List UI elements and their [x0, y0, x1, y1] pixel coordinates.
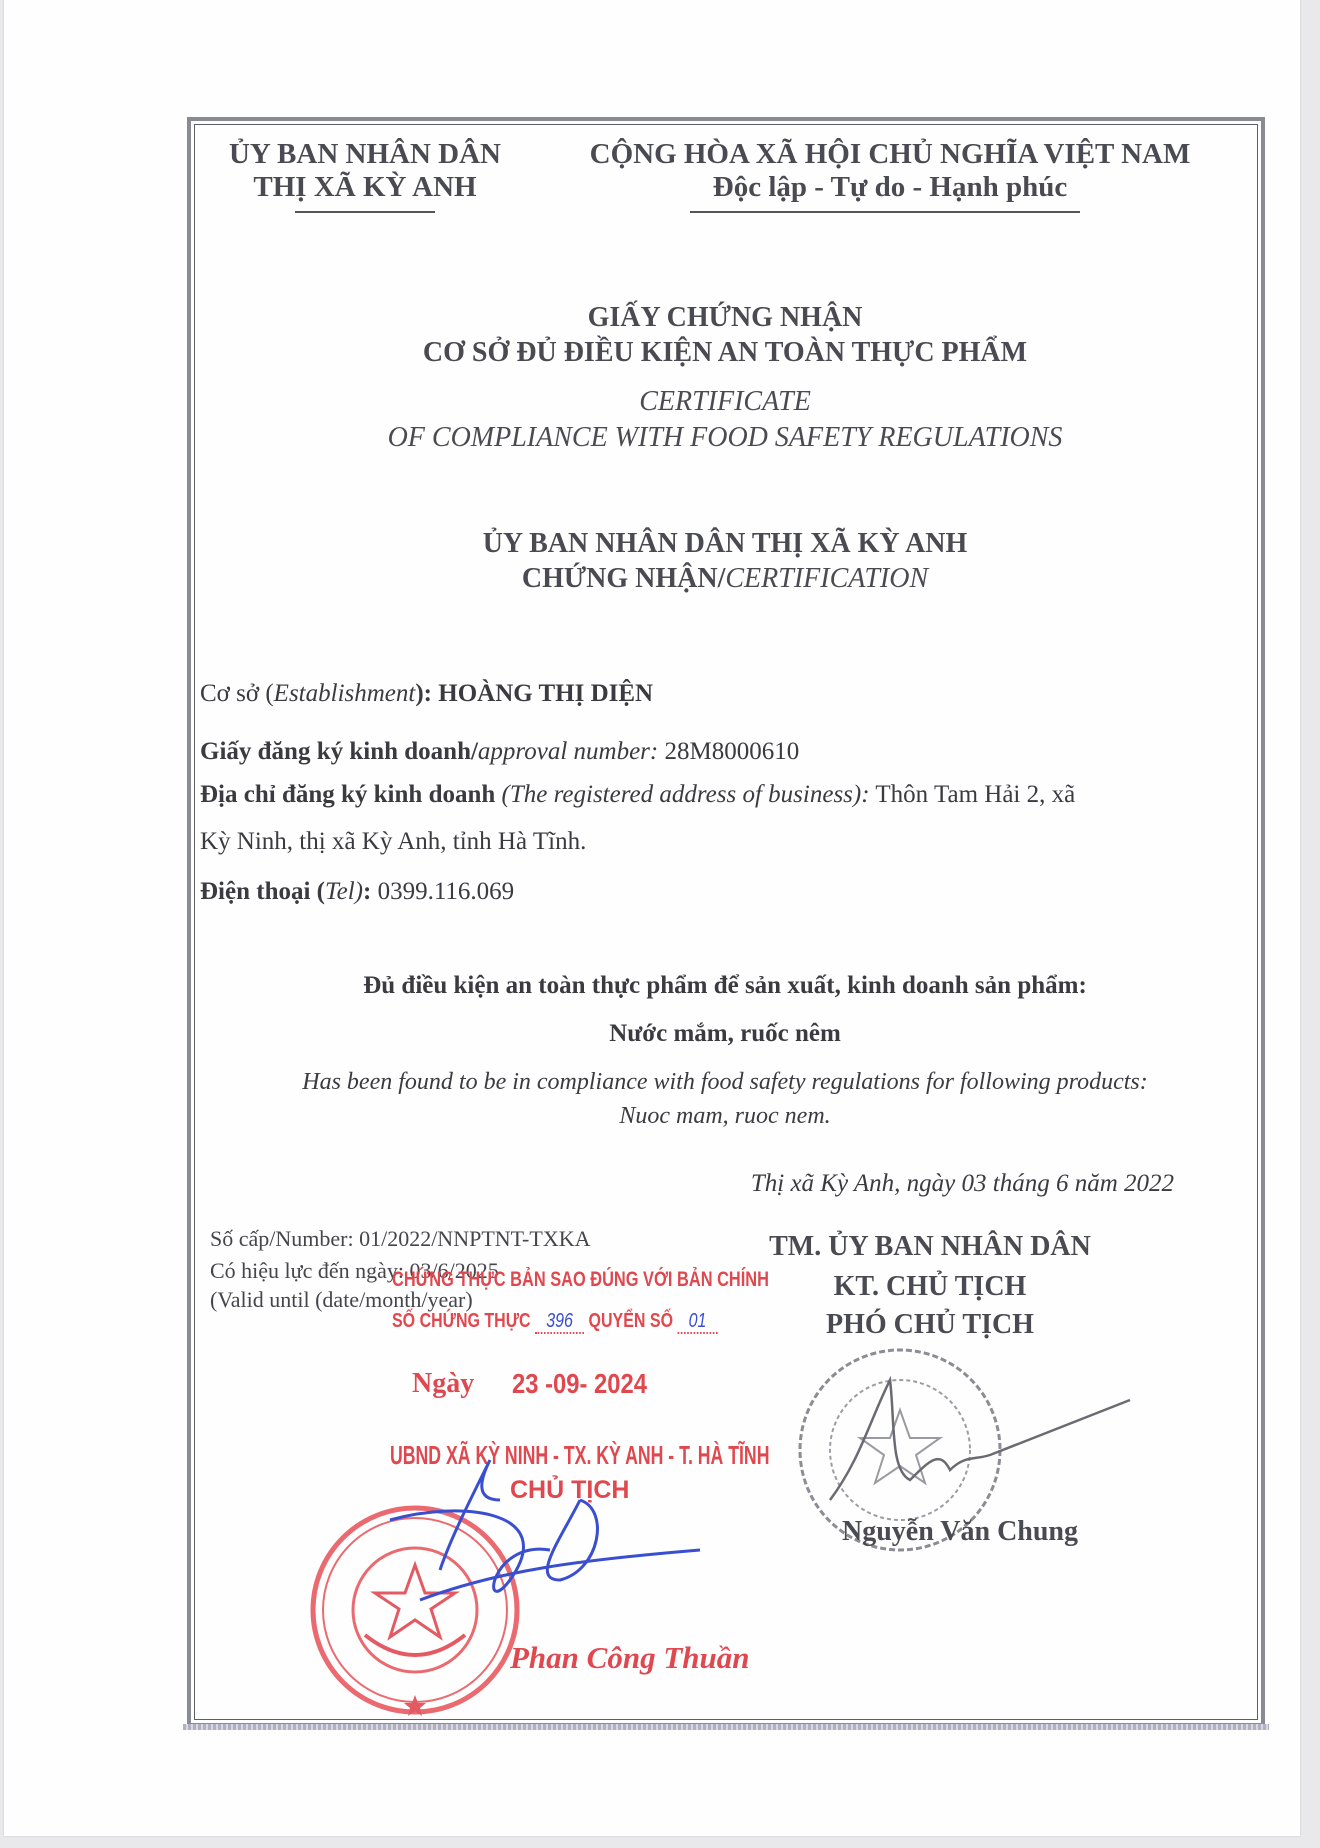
stamp-book-number: 01	[677, 1310, 717, 1334]
header-left-underline	[295, 211, 435, 213]
certification-heading: CHỨNG NHẬN/CERTIFICATION	[190, 563, 1260, 595]
stamp-date-label: Ngày	[412, 1368, 474, 1400]
signature-icon-chair	[380, 1440, 700, 1660]
phone-value: 0399.116.069	[378, 878, 515, 905]
compliance-statement-vi: Đủ điều kiện an toàn thực phẩm để sản xu…	[190, 972, 1260, 1000]
stamp-certified-copy: CHỨNG THỰC BẢN SAO ĐÚNG VỚI BẢN CHÍNH	[392, 1268, 769, 1292]
signatory-line2: KT. CHỦ TỊCH	[730, 1271, 1130, 1303]
license-number: 28M8000610	[664, 738, 799, 765]
certification-en: CERTIFICATION	[725, 563, 928, 594]
stamp-cert-number-row: SỐ CHỨNG THỰC 396 QUYỂN SỐ 01	[392, 1310, 718, 1333]
certification-vi: CHỨNG NHẬN/	[522, 563, 726, 594]
issue-place-date: Thị xã Kỳ Anh, ngày 03 tháng 6 năm 2022	[751, 1170, 1174, 1198]
header-authority-line1: ỦY BAN NHÂN DÂN	[210, 138, 520, 171]
phone-row: Điện thoại (Tel): 0399.116.069	[200, 878, 514, 906]
header-right-underline	[690, 211, 1080, 213]
title-vi-line1: GIẤY CHỨNG NHẬN	[190, 302, 1260, 334]
title-vi-line2: CƠ SỞ ĐỦ ĐIỀU KIỆN AN TOÀN THỰC PHẨM	[190, 337, 1260, 369]
header-republic: CỘNG HÒA XÃ HỘI CHỦ NGHĨA VIỆT NAM	[560, 138, 1220, 171]
establishment-row: Cơ sở (Establishment): HOÀNG THỊ DIỆN	[200, 680, 653, 708]
signatory-name: Nguyễn Văn Chung	[780, 1516, 1140, 1548]
products-en: Nuoc mam, ruoc nem.	[190, 1103, 1260, 1130]
header-authority-line2: THỊ XÃ KỲ ANH	[210, 171, 520, 204]
products-vi: Nước mắm, ruốc nêm	[190, 1020, 1260, 1048]
address-row: Địa chỉ đăng ký kinh doanh (The register…	[200, 781, 1075, 809]
header-motto: Độc lập - Tự do - Hạnh phúc	[560, 171, 1220, 204]
signatory-line1: TM. ỦY BAN NHÂN DÂN	[730, 1231, 1130, 1263]
stamp-cert-number: 396	[535, 1310, 584, 1334]
stamp-signer-name: Phan Công Thuần	[510, 1640, 750, 1676]
license-row: Giấy đăng ký kinh doanh/approval number:…	[200, 738, 799, 766]
title-en-line1: CERTIFICATE	[190, 386, 1260, 418]
stamp-date-value: 23 -09- 2024	[512, 1368, 647, 1400]
address-value: Thôn Tam Hải 2, xã	[875, 781, 1075, 808]
address-row-cont: Kỳ Ninh, thị xã Kỳ Anh, tỉnh Hà Tĩnh.	[200, 828, 586, 856]
title-en-line2: OF COMPLIANCE WITH FOOD SAFETY REGULATIO…	[190, 422, 1260, 454]
certificate-number: Số cấp/Number: 01/2022/NNPTNT-TXKA	[210, 1226, 591, 1252]
signature-icon-vice-chair	[800, 1360, 1140, 1540]
issuer: ỦY BAN NHÂN DÂN THỊ XÃ KỲ ANH	[190, 528, 1260, 560]
compliance-statement-en: Has been found to be in compliance with …	[190, 1069, 1260, 1096]
establishment-name: HOÀNG THỊ DIỆN	[438, 680, 653, 707]
